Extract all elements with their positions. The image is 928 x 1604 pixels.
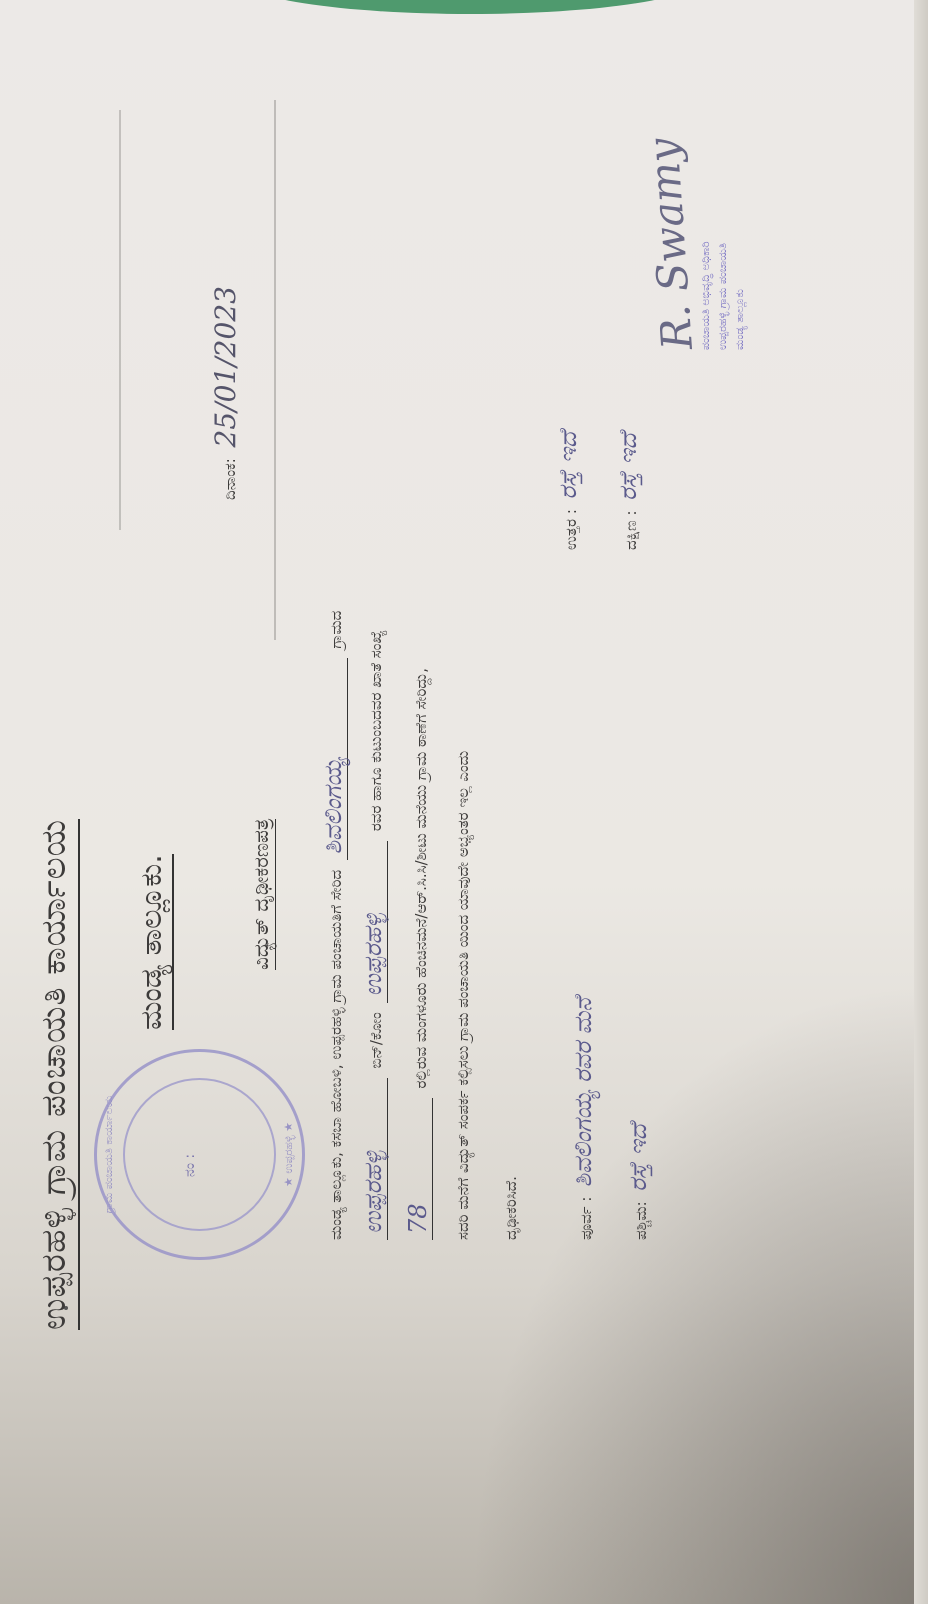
seal-number-label: ನಂ :	[182, 1154, 198, 1177]
field-label: ದಕ್ಷಿಣ :	[622, 511, 640, 551]
handwritten-village: ಉಪ್ಪರಹಳ್ಳಿ	[359, 1078, 388, 1240]
taluk-line: ಮಂಡ್ಯ ತಾಲ್ಲೂಕು.	[134, 854, 174, 1030]
field-value: ರಸ್ತೆ ಇದೆ	[624, 1124, 652, 1192]
field-east: ಪೂರ್ವ : ಶಿವಲಿಂಗಯ್ಯ ರವರ ಮನೆ	[569, 997, 597, 1240]
designation-stamp: ಪಂಚಾಯತಿ ಅಭಿವೃದ್ಧಿ ಅಧಿಕಾರಿ ಉಪ್ಪರಹಳ್ಳಿ ಗ್ರ…	[697, 90, 748, 350]
certificate-sheet: ಉಪ್ಪರಹಳ್ಳಿ ಗ್ರಾಮ ಪಂಚಾಯತಿ ಕಾರ್ಯಾಲಯ ಮಂಡ್ಯ …	[24, 30, 904, 1530]
handwritten-father: ಉಪ್ಪರಹಳ್ಳಿ	[359, 841, 388, 1003]
body-line-4: ಸದರಿ ಮನೆಗೆ ವಿದ್ಯುತ್ ಸಂಪರ್ಕ ಕಲ್ಪಿಸಲು ಗ್ರಾ…	[454, 751, 472, 1240]
body-line-2: ಉಪ್ಪರಹಳ್ಳಿ ಬಿನ್/ಕೋಂ ಉಪ್ಪರಹಳ್ಳಿ ರವರ ಹಾಗೂ …	[359, 630, 388, 1240]
field-label: ಪಶ್ಚಿಮ:	[632, 1201, 650, 1240]
faint-rule	[119, 110, 121, 530]
body-line-1: ಮಂಡ್ಯ ತಾಲ್ಲೂಕು, ಕಸಬಾ ಹೋಬಳಿ, ಉಪ್ಪರಹಳ್ಳಿ ಗ…	[319, 611, 348, 1240]
body-text: ಮಂಡ್ಯ ತಾಲ್ಲೂಕು, ಕಸಬಾ ಹೋಬಳಿ, ಉಪ್ಪರಹಳ್ಳಿ ಗ…	[327, 870, 345, 1240]
stamp-line: ಉಪ್ಪರಹಳ್ಳಿ ಗ್ರಾಮ ಪಂಚಾಯತಿ	[714, 90, 731, 350]
faint-rule	[274, 100, 276, 640]
date-label: ದಿನಾಂಕ:	[221, 458, 239, 500]
signature: R. Swamy	[635, 89, 702, 352]
field-value: ರಸ್ತೆ ಇದೆ	[614, 433, 642, 501]
field-label: ಪೂರ್ವ :	[577, 1197, 595, 1240]
seal-ring-top: ಗ್ರಾಮ ಪಂಚಾಯತಿ ಕಾರ್ಯಾಲಯ	[102, 1052, 116, 1257]
field-south: ದಕ್ಷಿಣ : ರಸ್ತೆ ಇದೆ	[614, 433, 642, 550]
handwritten-khata: 78	[404, 1098, 433, 1240]
seal-inner-ring	[123, 1078, 276, 1231]
field-value: ಶಿವಲಿಂಗಯ್ಯ ರವರ ಮನೆ	[569, 997, 597, 1187]
date-value: 25/01/2023	[209, 286, 242, 447]
office-seal: ಗ್ರಾಮ ಪಂಚಾಯತಿ ಕಾರ್ಯಾಲಯ ★ ಉಪ್ಪರಹಳ್ಳಿ ★ ನಂ…	[94, 1049, 305, 1260]
handwritten-name: ಶಿವಲಿಂಗಯ್ಯ	[319, 658, 348, 860]
body-text: ರವರ ಹಾಗೂ ಕುಟುಂಬದವರ ಖಾತೆ ಸಂಖ್ಯೆ	[367, 630, 385, 831]
field-north: ಉತ್ತರ : ರಸ್ತೆ ಇದೆ	[554, 431, 582, 550]
stamp-line: ಪಂಚಾಯತಿ ಅಭಿವೃದ್ಧಿ ಅಧಿಕಾರಿ	[697, 90, 714, 350]
body-text: ಗ್ರಾಮದ	[327, 611, 345, 649]
signatory-block: R. Swamy ಪಂಚಾಯತಿ ಅಭಿವೃದ್ಧಿ ಅಧಿಕಾರಿ ಉಪ್ಪರ…	[644, 90, 748, 350]
body-text: ಬಿನ್/ಕೋಂ	[367, 1012, 385, 1068]
seal-ring-bottom: ★ ಉಪ್ಪರಹಳ್ಳಿ ★	[282, 1052, 296, 1257]
field-label: ಉತ್ತರ :	[562, 509, 580, 550]
certificate-heading: ವಿದ್ಯುತ್ ದೃಢೀಕರಣಪತ್ರ	[249, 819, 276, 970]
stamp-line: ಮಂಡ್ಯ ತಾಲ್ಲೂಕು	[731, 90, 748, 350]
body-line-3: 78 ರಲ್ಲಿರುವ ಮಂಗಳೂರು ಹೆಂಚಿನಮನೆ/ಆರ್.ಸಿ.ಸಿ/…	[404, 668, 433, 1240]
office-title: ಉಪ್ಪರಹಳ್ಳಿ ಗ್ರಾಮ ಪಂಚಾಯತಿ ಕಾರ್ಯಾಲಯ	[34, 819, 80, 1330]
field-west: ಪಶ್ಚಿಮ: ರಸ್ತೆ ಇದೆ	[624, 1124, 652, 1240]
field-value: ರಸ್ತೆ ಇದೆ	[554, 431, 582, 499]
body-line-5: ದೃಢೀಕರಿಸಿದೆ.	[502, 1176, 520, 1240]
body-text: ರಲ್ಲಿರುವ ಮಂಗಳೂರು ಹೆಂಚಿನಮನೆ/ಆರ್.ಸಿ.ಸಿ/ಶೀಟ…	[412, 668, 430, 1088]
paper-edge	[914, 0, 928, 1604]
date-row: ದಿನಾಂಕ: 25/01/2023	[209, 286, 242, 500]
